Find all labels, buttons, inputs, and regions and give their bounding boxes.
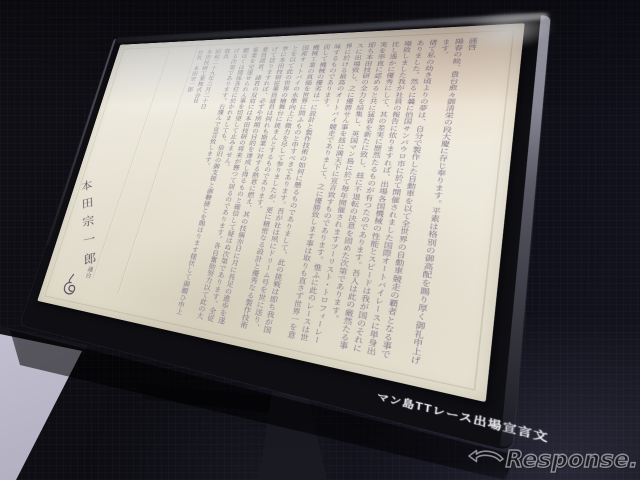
left-arrow-icon [468, 446, 504, 466]
response-watermark: Response. [468, 444, 638, 476]
declaration-document: 謹啓 陽春の候、貴台愈々御清栄の段大慶に存じ奉ります。平素は格別の御高配を賜り厚… [37, 23, 524, 402]
corner-glare [449, 1, 569, 57]
photo-stage: 謹啓 陽春の候、貴台愈々御清栄の段大慶に存じ奉ります。平素は格別の御高配を賜り厚… [0, 0, 640, 480]
watermark-text: Response. [505, 447, 638, 473]
